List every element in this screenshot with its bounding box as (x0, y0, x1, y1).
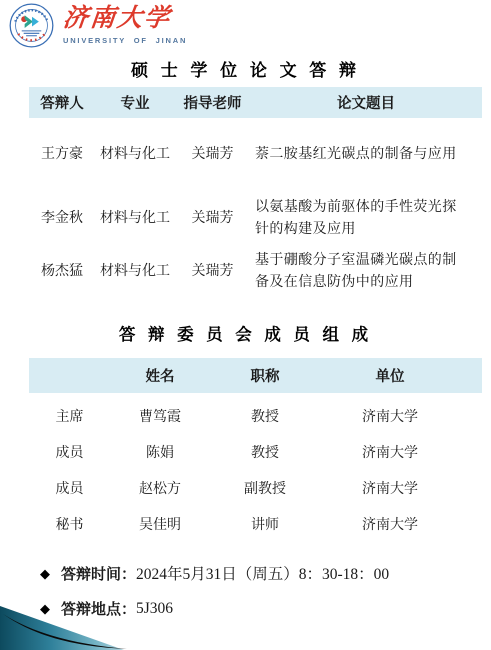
corner-decoration (0, 598, 132, 650)
member-unit: 济南大学 (320, 478, 460, 498)
thesis-title: 以氨基酸为前驱体的手性荧光探针的构建及应用 (250, 195, 460, 239)
defender-major: 材料与化工 (95, 259, 175, 281)
defense-location-value: 5J306 (136, 600, 173, 618)
defender-name: 王方豪 (29, 142, 95, 164)
header-name: 姓名 (110, 365, 210, 386)
member-role: 成员 (29, 478, 110, 498)
thesis-title: 萘二胺基红光碳点的制备与应用 (250, 142, 460, 164)
table-row: 主席 曹笃霞 教授 济南大学 (29, 405, 482, 427)
member-name: 吴佳明 (110, 514, 210, 534)
defense-time-value: 2024年5月31日（周五）8：30-18：00 (136, 562, 389, 584)
committee-table-header: 姓名 职称 单位 (29, 358, 482, 393)
defender-advisor: 关瑞芳 (175, 259, 250, 281)
header-unit: 单位 (320, 365, 460, 386)
header-advisor: 指导老师 (175, 92, 250, 113)
member-title: 教授 (210, 406, 320, 426)
member-unit: 济南大学 (320, 442, 460, 462)
table-row: 王方豪 材料与化工 关瑞芳 萘二胺基红光碳点的制备与应用 (29, 142, 482, 164)
defender-major: 材料与化工 (95, 206, 175, 228)
university-name-en: UNIVERSITY OF JINAN (63, 36, 187, 45)
university-of-jinan-emblem-icon (9, 3, 54, 53)
member-unit: 济南大学 (320, 514, 460, 534)
university-name-zh: 济南大学 (61, 4, 172, 34)
committee-title: 答 辩 委 员 会 成 员 组 成 (0, 321, 491, 345)
defense-table-header: 答辩人 专业 指导老师 论文题目 (29, 87, 482, 118)
page-title: 硕 士 学 位 论 文 答 辩 (0, 56, 491, 81)
member-name: 陈娟 (110, 442, 210, 462)
slide-page: { "brand": { "emblem_icon": "university-… (0, 0, 491, 650)
member-role: 主席 (29, 406, 110, 426)
defender-name: 李金秋 (29, 206, 95, 228)
thesis-title: 基于硼酸分子室温磷光碳点的制备及在信息防伪中的应用 (250, 248, 460, 292)
header-thesis: 论文题目 (250, 92, 482, 113)
defender-major: 材料与化工 (95, 142, 175, 164)
brand-header: 济南大学 UNIVERSITY OF JINAN (9, 3, 187, 53)
header-title: 职称 (210, 365, 320, 386)
header-defender: 答辩人 (29, 92, 95, 113)
member-role: 秘书 (29, 514, 110, 534)
header-major: 专业 (95, 92, 175, 113)
member-title: 讲师 (210, 514, 320, 534)
member-unit: 济南大学 (320, 406, 460, 426)
defender-advisor: 关瑞芳 (175, 206, 250, 228)
member-name: 赵松方 (110, 478, 210, 498)
brand-wordmark: 济南大学 UNIVERSITY OF JINAN (63, 3, 187, 45)
diamond-bullet-icon: ◆ (40, 567, 50, 580)
member-name: 曹笃霞 (110, 406, 210, 426)
defense-time-label: 答辩时间： (61, 563, 136, 584)
member-role: 成员 (29, 442, 110, 462)
defense-time-line: ◆ 答辩时间： 2024年5月31日（周五）8：30-18：00 (40, 562, 389, 584)
defender-name: 杨杰猛 (29, 259, 95, 281)
table-row: 成员 赵松方 副教授 济南大学 (29, 477, 482, 499)
defender-advisor: 关瑞芳 (175, 142, 250, 164)
table-row: 李金秋 材料与化工 关瑞芳 以氨基酸为前驱体的手性荧光探针的构建及应用 (29, 195, 482, 239)
table-row: 秘书 吴佳明 讲师 济南大学 (29, 513, 482, 535)
table-row: 杨杰猛 材料与化工 关瑞芳 基于硼酸分子室温磷光碳点的制备及在信息防伪中的应用 (29, 248, 482, 292)
table-row: 成员 陈娟 教授 济南大学 (29, 441, 482, 463)
member-title: 副教授 (210, 478, 320, 498)
member-title: 教授 (210, 442, 320, 462)
